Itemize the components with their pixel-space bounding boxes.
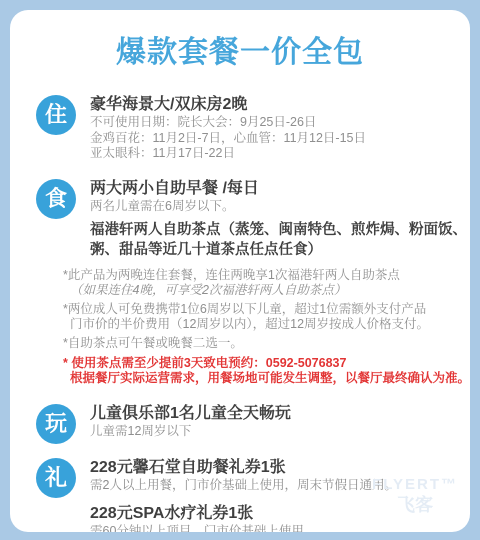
- watermark-cn-text: 飞客: [372, 494, 458, 516]
- dining-body: 两大两小自助早餐 /每日 两名儿童需在6周岁以下。 福港轩两人自助茶点（蒸笼、闽…: [90, 179, 458, 391]
- reservation-phone-line: * 使用茶点需至少提前3天致电预约：0592-5076837: [70, 356, 458, 371]
- dining-item-breakfast: 两大两小自助早餐 /每日 两名儿童需在6周岁以下。: [90, 179, 458, 215]
- note-tea-meal-choice: *自助茶点可午餐或晚餐二选一。: [63, 336, 458, 351]
- breakfast-heading: 两大两小自助早餐 /每日: [90, 179, 458, 199]
- section-play: 玩 儿童俱乐部1名儿童全天畅玩 儿童需12周岁以下: [36, 404, 458, 444]
- note-child-policy-line-1: *两位成人可免费携带1位6周岁以下儿童，超过1位需额外支付产品: [70, 302, 458, 317]
- breakfast-subline: 两名儿童需在6周岁以下。: [90, 199, 458, 215]
- play-icon-col: 玩: [36, 404, 90, 444]
- section-dining: 食 两大两小自助早餐 /每日 两名儿童需在6周岁以下。 福港轩两人自助茶点（蒸笼…: [36, 179, 458, 391]
- package-card: 爆款套餐一价全包 住 豪华海景大/双床房2晚 不可使用日期：院长大会：9月25日…: [10, 10, 470, 532]
- kids-club-subline: 儿童需12周岁以下: [90, 424, 458, 440]
- package-content: 住 豪华海景大/双床房2晚 不可使用日期：院长大会：9月25日-26日 金鸡百花…: [10, 95, 470, 532]
- watermark-brand-text: FLYERT™: [372, 476, 458, 494]
- teaset-heading-line-1: 福港轩两人自助茶点（蒸笼、闽南特色、煎炸焗、粉面饭、: [90, 220, 458, 240]
- reservation-venue-line: 根据餐厅实际运营需求，用餐场地可能发生调整，以餐厅最终确认为准。: [70, 371, 458, 386]
- gift-icon: 礼: [36, 458, 76, 498]
- dining-item-teaset: 福港轩两人自助茶点（蒸笼、闽南特色、煎炸焗、粉面饭、 粥、甜品等近几十道茶点任点…: [90, 220, 458, 260]
- gift-icon-col: 礼: [36, 458, 90, 498]
- play-icon: 玩: [36, 404, 76, 444]
- note-consecutive-stay-line: *此产品为两晚连住套餐，连住两晚享1次福港轩两人自助茶点: [70, 268, 458, 283]
- teaset-heading-line-2: 粥、甜品等近几十道茶点任点任食）: [90, 240, 458, 260]
- dining-icon-col: 食: [36, 179, 90, 219]
- note-child-policy: *两位成人可免费携带1位6周岁以下儿童，超过1位需额外支付产品 门市价的半价费用…: [63, 302, 458, 331]
- promo-page: 爆款套餐一价全包 住 豪华海景大/双床房2晚 不可使用日期：院长大会：9月25日…: [0, 0, 480, 540]
- watermark: FLYERT™ 飞客: [372, 476, 458, 516]
- room-blackout-line-1: 不可使用日期：院长大会：9月25日-26日: [90, 115, 458, 131]
- spa-voucher-subline: 需60分钟以上项目，门市价基础上使用。: [90, 524, 458, 532]
- dining-icon: 食: [36, 179, 76, 219]
- stay-body: 豪华海景大/双床房2晚 不可使用日期：院长大会：9月25日-26日 金鸡百花：1…: [90, 95, 458, 162]
- room-blackout-line-3: 亚太眼科：11月17日-22日: [90, 146, 458, 162]
- page-title: 爆款套餐一价全包: [10, 36, 470, 70]
- kids-club-heading: 儿童俱乐部1名儿童全天畅玩: [90, 404, 458, 424]
- room-heading: 豪华海景大/双床房2晚: [90, 95, 458, 115]
- dining-notes: *此产品为两晚连住套餐，连住两晚享1次福港轩两人自助茶点 （如果连住4晚，可享受…: [63, 268, 458, 386]
- note-tea-meal-choice-line: *自助茶点可午餐或晚餐二选一。: [70, 336, 458, 351]
- stay-item-room: 豪华海景大/双床房2晚 不可使用日期：院长大会：9月25日-26日 金鸡百花：1…: [90, 95, 458, 162]
- note-consecutive-stay-italic: （如果连住4晚，可享受2次福港轩两人自助茶点）: [70, 283, 458, 298]
- stay-icon: 住: [36, 95, 76, 135]
- play-item-kids-club: 儿童俱乐部1名儿童全天畅玩 儿童需12周岁以下: [90, 404, 458, 440]
- note-reservation-phone: * 使用茶点需至少提前3天致电预约：0592-5076837 根据餐厅实际运营需…: [63, 356, 458, 386]
- note-child-policy-line-2: 门市价的半价费用（12周岁以内），超过12周岁按成人价格支付。: [70, 317, 458, 332]
- stay-icon-col: 住: [36, 95, 90, 135]
- note-consecutive-stay: *此产品为两晚连住套餐，连住两晚享1次福港轩两人自助茶点 （如果连住4晚，可享受…: [63, 268, 458, 297]
- play-body: 儿童俱乐部1名儿童全天畅玩 儿童需12周岁以下: [90, 404, 458, 440]
- buffet-voucher-heading: 228元馨石堂自助餐礼券1张: [90, 458, 458, 478]
- room-blackout-line-2: 金鸡百花：11月2日-7日，心血管：11月12日-15日: [90, 131, 458, 147]
- section-stay: 住 豪华海景大/双床房2晚 不可使用日期：院长大会：9月25日-26日 金鸡百花…: [36, 95, 458, 162]
